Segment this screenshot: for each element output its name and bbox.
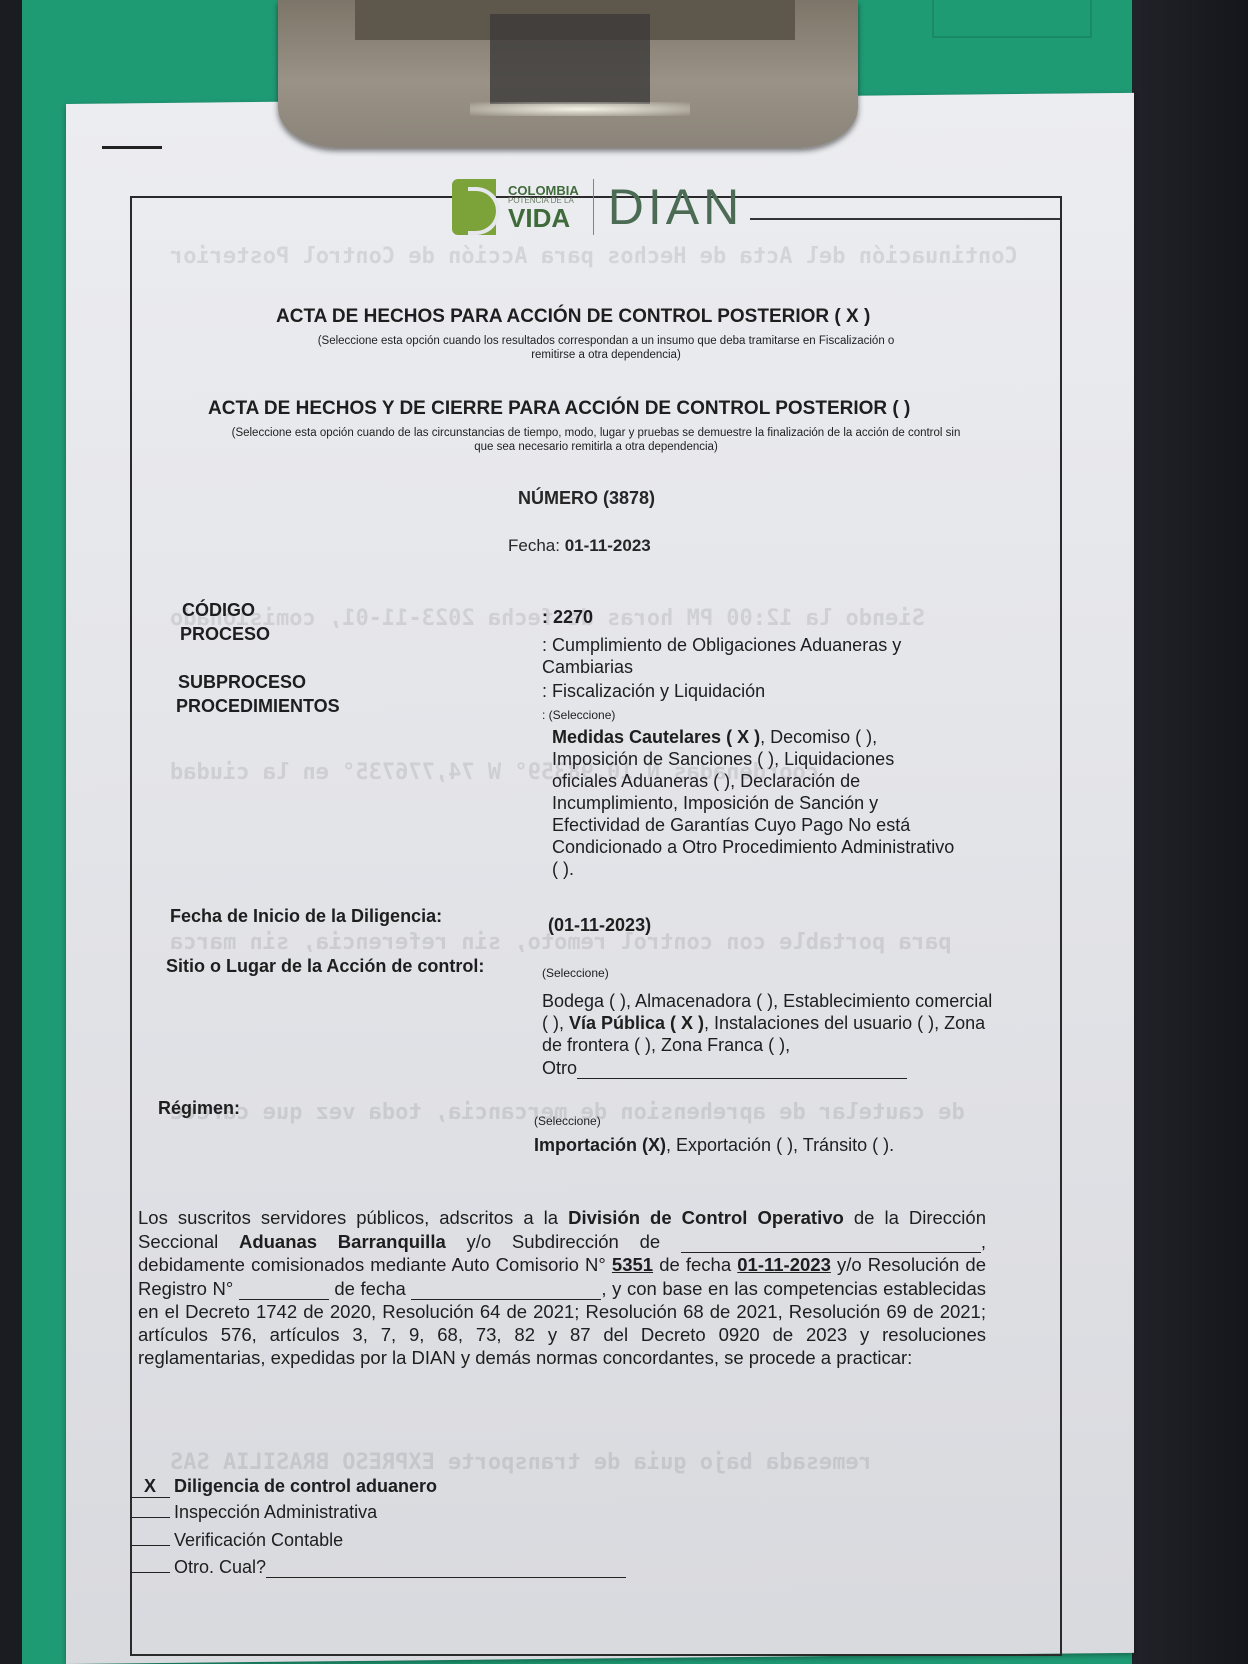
- otro-cual-blank: [266, 1556, 626, 1578]
- subproceso-value: : Fiscalización y Liquidación: [542, 680, 765, 702]
- checklist-item: XDiligencia de control aduanero: [130, 1476, 437, 1498]
- fecha-label: Fecha:: [508, 536, 565, 555]
- title-acta-control-posterior: ACTA DE HECHOS PARA ACCIÓN DE CONTROL PO…: [276, 306, 870, 328]
- procedimiento-selected: Medidas Cautelares ( X ): [552, 727, 760, 747]
- division-name: División de Control Operativo: [568, 1207, 844, 1228]
- proceso-label: PROCESO: [180, 624, 270, 645]
- sitio-hint: (Seleccione): [542, 962, 609, 984]
- procedimientos-options: Medidas Cautelares ( X ), Decomiso ( ), …: [552, 726, 962, 880]
- brand-top: COLOMBIA: [508, 184, 579, 197]
- regimen-hint: (Seleccione): [534, 1110, 601, 1132]
- proceso-value: : Cumplimiento de Obligaciones Aduaneras…: [542, 634, 982, 678]
- procedimientos-hint: : (Seleccione): [542, 704, 615, 726]
- checklist-label: Diligencia de control aduanero: [174, 1476, 437, 1496]
- margin-mark: [102, 146, 162, 149]
- sitio-otro-blank: [577, 1056, 907, 1079]
- procedimiento-others: , Decomiso ( ), Imposición de Sanciones …: [552, 727, 954, 879]
- fecha-value: 01-11-2023: [565, 536, 651, 555]
- checklist-label: Inspección Administrativa: [174, 1502, 377, 1522]
- clipboard-stamp: [932, 0, 1092, 38]
- title-1-note: (Seleccione esta opción cuando los resul…: [296, 334, 916, 362]
- seccional-name: Aduanas Barranquilla: [239, 1231, 446, 1252]
- sitio-options: Bodega ( ), Almacenadora ( ), Establecim…: [542, 990, 998, 1079]
- checklist-item: Inspección Administrativa: [130, 1502, 377, 1523]
- commission-paragraph: Los suscritos servidores públicos, adscr…: [138, 1206, 986, 1369]
- resolucion-number-blank: [239, 1276, 329, 1300]
- colombia-vida-icon: [452, 179, 496, 235]
- header-rule: [750, 218, 1060, 220]
- clip-glare: [470, 102, 690, 116]
- checklist-item: Otro. Cual?: [130, 1556, 626, 1578]
- checklist-item: Verificación Contable: [130, 1530, 343, 1551]
- regimen-others: , Exportación ( ), Tránsito ( ).: [666, 1135, 894, 1155]
- dian-logo: COLOMBIA POTENCIA DE LA VIDA DIAN: [452, 178, 743, 236]
- checklist-label: Otro. Cual?: [174, 1557, 266, 1577]
- para-text: y/o Subdirección de: [446, 1231, 681, 1252]
- para-text: Los suscritos servidores públicos, adscr…: [138, 1207, 568, 1228]
- auto-comisorio-date: 01-11-2023: [737, 1254, 831, 1275]
- subproceso-label: SUBPROCESO: [178, 672, 306, 693]
- clip-window: [490, 14, 650, 104]
- codigo-value: : 2270: [542, 606, 593, 628]
- fecha-inicio-value: (01-11-2023): [548, 914, 651, 936]
- sitio-selected: Vía Pública ( X ): [569, 1013, 704, 1033]
- brand-vida: VIDA: [508, 205, 579, 231]
- logo-divider: [593, 179, 594, 235]
- check-mark: [130, 1572, 170, 1573]
- para-text: de fecha: [329, 1278, 412, 1299]
- check-mark: [130, 1545, 170, 1546]
- para-text: de fecha: [653, 1254, 737, 1275]
- acta-number: NÚMERO (3878): [518, 488, 655, 509]
- regimen-selected: Importación (X): [534, 1135, 666, 1155]
- checklist-label: Verificación Contable: [174, 1530, 343, 1550]
- procedimientos-label: PROCEDIMIENTOS: [176, 696, 340, 717]
- check-mark: [130, 1517, 170, 1518]
- title-acta-cierre: ACTA DE HECHOS Y DE CIERRE PARA ACCIÓN D…: [208, 398, 910, 420]
- codigo-label: CÓDIGO: [182, 600, 255, 621]
- acta-date: Fecha: 01-11-2023: [508, 536, 651, 556]
- fecha-inicio-label: Fecha de Inicio de la Diligencia:: [170, 906, 442, 927]
- regimen-options: Importación (X), Exportación ( ), Tránsi…: [534, 1134, 894, 1156]
- auto-comisorio-number: 5351: [612, 1254, 653, 1275]
- agency-name: DIAN: [608, 178, 743, 236]
- title-2-note: (Seleccione esta opción cuando de las ci…: [226, 426, 966, 454]
- sitio-label: Sitio o Lugar de la Acción de control:: [166, 956, 484, 977]
- brand-wordmark: COLOMBIA POTENCIA DE LA VIDA: [502, 184, 579, 231]
- check-mark: X: [130, 1476, 170, 1498]
- subdireccion-blank: [681, 1229, 981, 1253]
- regimen-label: Régimen:: [158, 1098, 240, 1119]
- sitio-otro-label: Otro: [542, 1058, 577, 1078]
- resolucion-date-blank: [411, 1276, 601, 1300]
